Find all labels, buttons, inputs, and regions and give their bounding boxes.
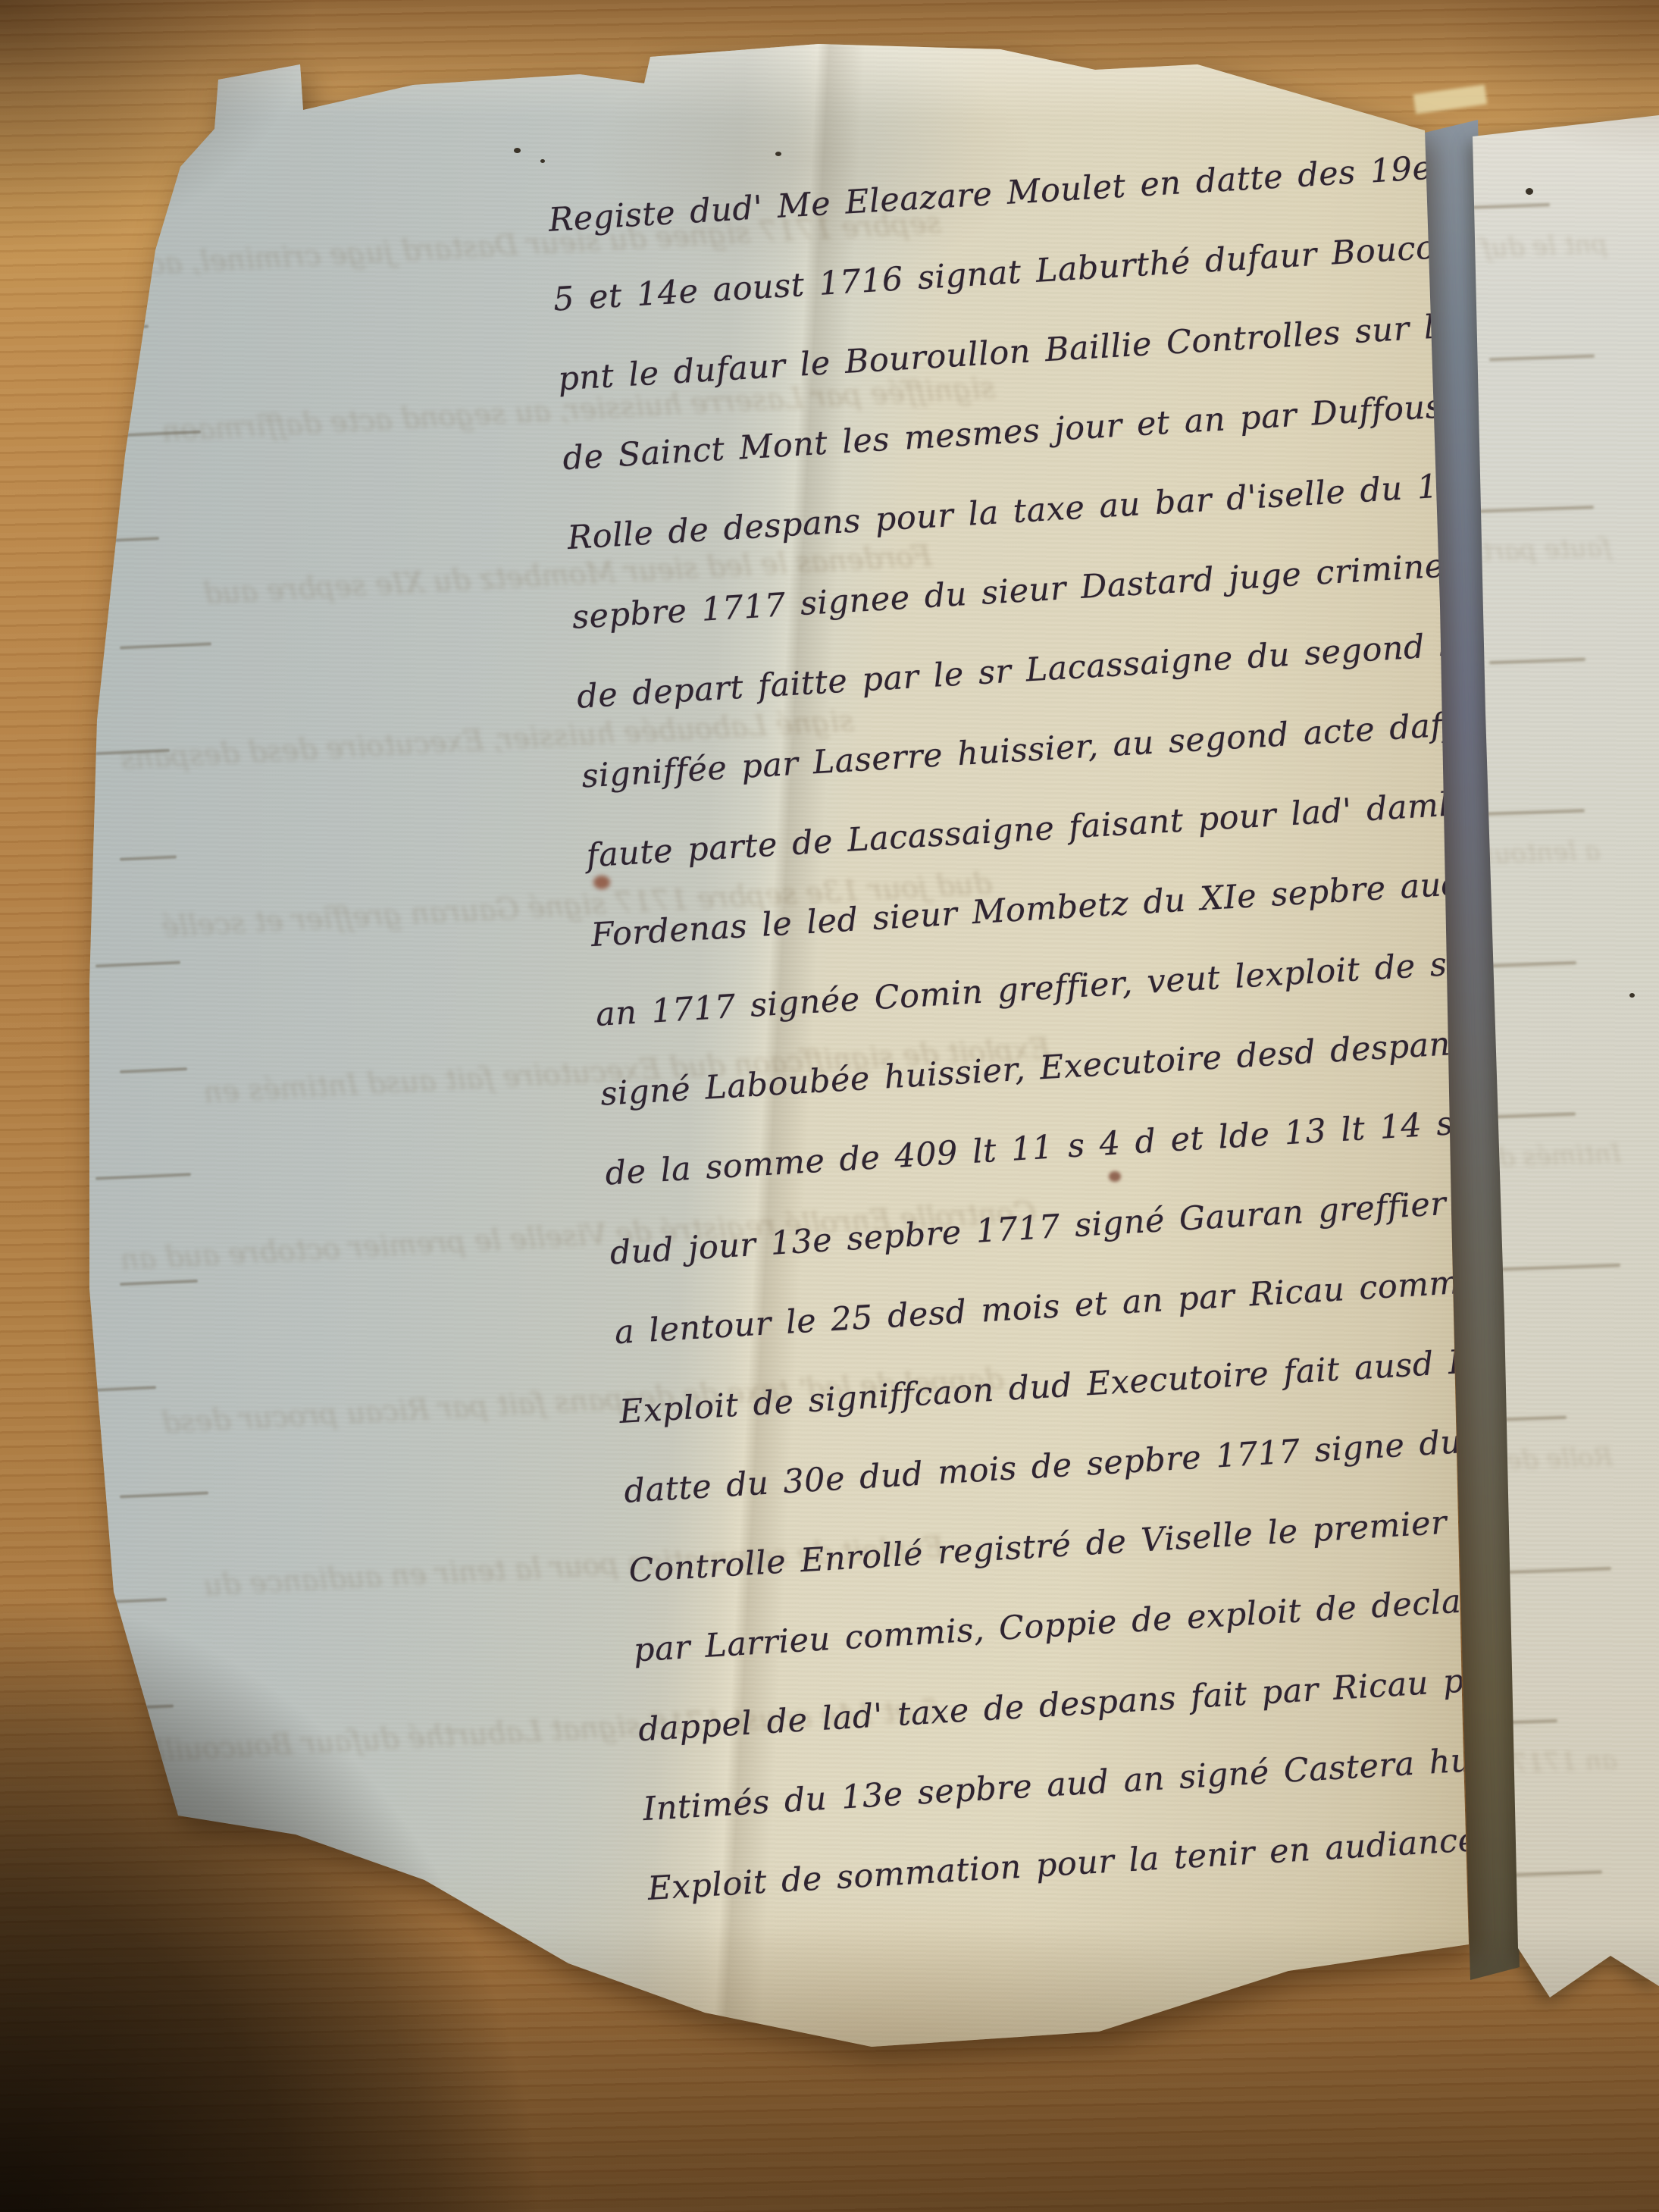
secondpage-ghost-text: a lentour	[1481, 835, 1601, 869]
secondpage-dash	[1489, 1264, 1620, 1271]
ink-speck	[540, 159, 545, 163]
margin-dash	[95, 1598, 167, 1604]
margin-dash	[120, 855, 177, 860]
ink-speck	[1629, 993, 1635, 998]
photo-scene: Registe dud' Me Eleazare Moulet en datte…	[0, 0, 1659, 2212]
secondpage-dash	[1466, 506, 1594, 513]
secondpage-ghost-text: Intimés du	[1481, 1139, 1621, 1173]
second-page-edge: pnt le duffaute parta lentour Intimés du…	[1459, 106, 1659, 2016]
secondpage-dash	[1466, 1719, 1557, 1725]
secondpage-dash	[1466, 203, 1550, 209]
secondpage-ghost-text: Rolle de d	[1481, 1442, 1614, 1477]
secondpage-dash	[1466, 1416, 1567, 1423]
secondpage-ghost-text: an 1717 si	[1481, 1745, 1617, 1780]
margin-dash	[120, 1280, 198, 1286]
secondpage-dash	[1489, 1870, 1602, 1877]
secondpage-ghost-text: pnt le duf	[1481, 229, 1607, 264]
margin-dash	[120, 1067, 187, 1073]
manuscript-page: Registe dud' Me Eleazare Moulet en datte…	[89, 38, 1476, 2058]
margin-dash	[95, 1810, 177, 1817]
secondpage-dash	[1489, 658, 1585, 664]
margin-dash	[120, 642, 211, 649]
ink-speck	[1526, 188, 1533, 195]
margin-dash	[95, 537, 159, 543]
secondpage-ghost-text: faute part	[1481, 532, 1612, 567]
secondpage-dash	[1489, 1567, 1611, 1574]
text-line-content: Exploit de sommation pour la tenir en au…	[646, 1821, 1535, 1906]
secondpage-dash	[1489, 355, 1595, 362]
secondpage-dash	[1489, 961, 1576, 967]
margin-dash	[95, 961, 180, 968]
secondpage-dash	[1466, 809, 1585, 816]
ink-speck	[514, 148, 521, 153]
second-page-paper: pnt le duffaute parta lentour Intimés du…	[1459, 106, 1659, 2016]
margin-dash	[95, 1173, 191, 1180]
secondpage-dash	[1466, 1112, 1576, 1119]
margin-dash	[95, 324, 149, 330]
paper-surface: Registe dud' Me Eleazare Moulet en datte…	[89, 38, 1476, 2058]
margin-dash	[120, 1491, 208, 1498]
margin-dash	[95, 1386, 156, 1391]
margin-dash	[120, 1704, 174, 1709]
